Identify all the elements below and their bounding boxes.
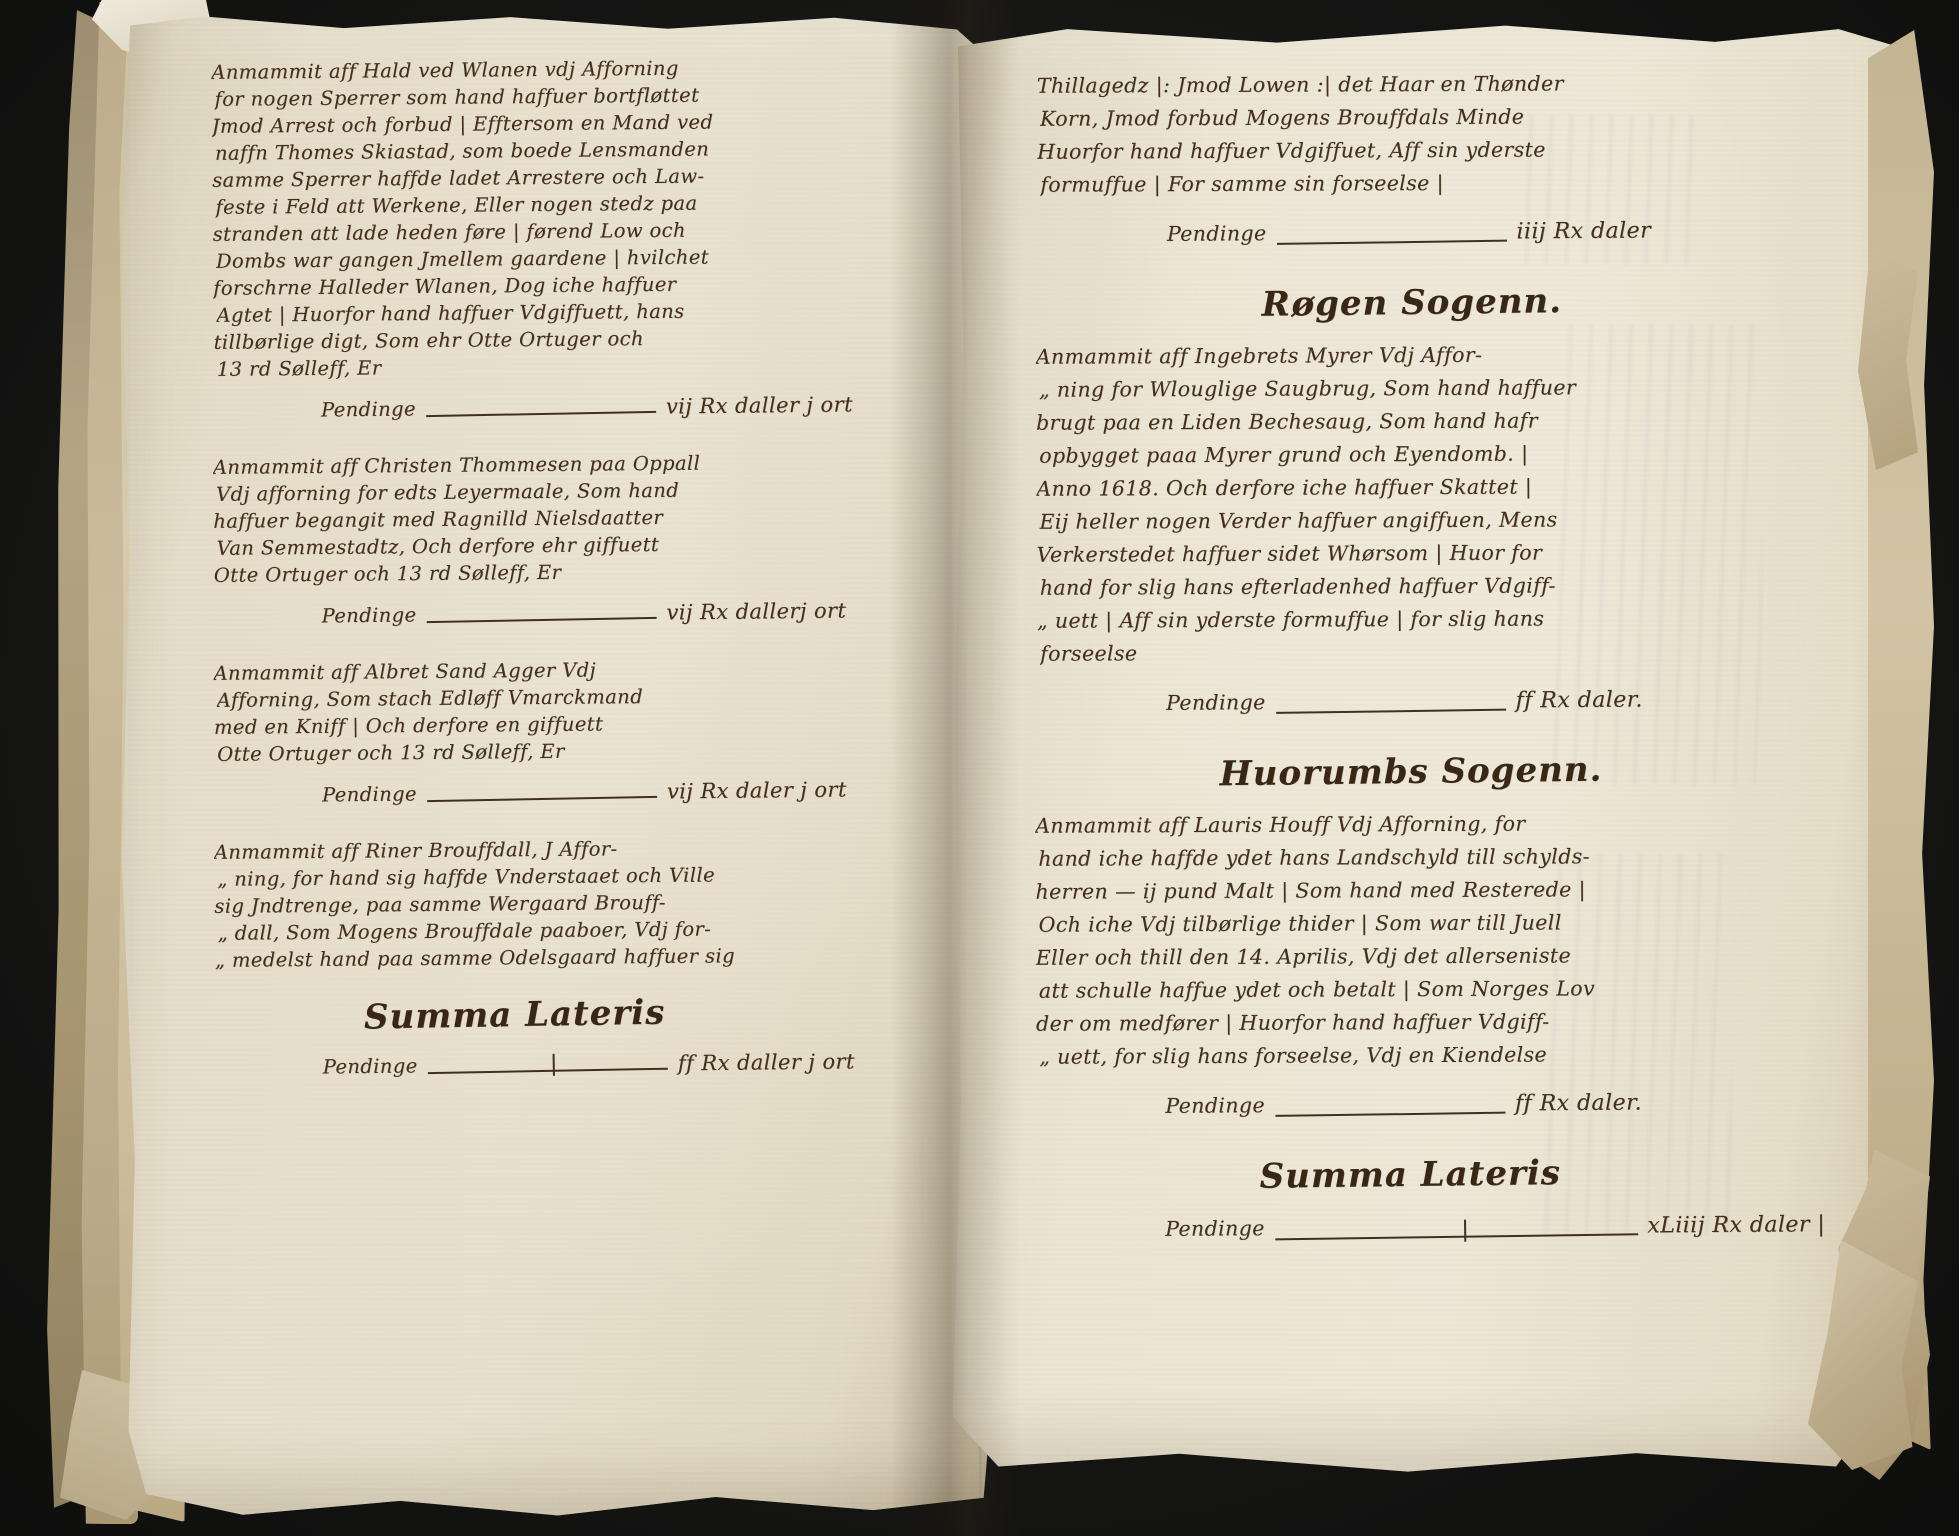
manuscript-line: Verkerstedet haffuer sidet Whørsom | Huo… [1037, 535, 1827, 571]
manuscript-line: formuffue | For samme sin forseelse | [1040, 165, 1827, 201]
manuscript-line: „ uett | Aff sin yderste formuffue | for… [1037, 601, 1827, 637]
manuscript-photograph: Anmammit aff Hald ved Wlanen vdj Afforni… [0, 0, 1959, 1536]
manuscript-line: Eij heller nogen Verder haffuer angiffue… [1039, 502, 1826, 538]
manuscript-line: Och iche Vdj tilbørlige thider | Som war… [1039, 905, 1826, 941]
amount-line: Pendingevij Rx daler j ort [214, 775, 854, 809]
dash-rule [1275, 1229, 1638, 1240]
amount-line: Pendingeiiij Rx daler [1037, 213, 1827, 252]
manuscript-line: hand iche haffde ydet hans Landschyld ti… [1038, 839, 1825, 875]
dash-rule [1275, 1108, 1505, 1117]
manuscript-line: Otte Ortuger och 13 rd Sølleff, Er [214, 556, 854, 589]
manuscript-paragraph: Anmammit aff Lauris Houff Vdj Afforning,… [1035, 806, 1826, 1073]
amount-line: Pendingevij Rx daller j ort [213, 390, 853, 424]
amount-label: Pendinge [1166, 686, 1266, 720]
amount-value: iiij Rx daler [1516, 214, 1651, 248]
section-heading: Summa Lateris [1035, 1150, 1785, 1199]
manuscript-line: Korn, Jmod forbud Mogens Brouffdals Mind… [1040, 99, 1827, 135]
manuscript-page-right: Thillagedz |: Jmod Lowen :| det Haar en … [951, 23, 1906, 1477]
dash-rule [1276, 236, 1506, 245]
dash-rule [426, 613, 656, 623]
manuscript-line: att schulle haffue ydet och betalt | Som… [1039, 971, 1826, 1007]
amount-value: xLiiij Rx daler | [1647, 1208, 1825, 1242]
amount-value: ff Rx daler. [1515, 1087, 1642, 1121]
amount-label: Pendinge [1165, 1212, 1265, 1246]
amount-line: Pendingevij Rx dallerj ort [213, 596, 853, 630]
amount-label: Pendinge [322, 780, 417, 808]
manuscript-line: „ uett, for slig hans forseelse, Vdj en … [1039, 1037, 1826, 1073]
dash-rule [427, 792, 657, 802]
amount-value: ff Rx daller j ort [678, 1047, 855, 1076]
section-heading: Huorumbs Sogenn. [1036, 747, 1786, 796]
amount-label: Pendinge [1167, 217, 1267, 251]
manuscript-line: der om medfører | Huorfor hand haffuer V… [1036, 1004, 1826, 1040]
manuscript-line: Anmammit aff Lauris Houff Vdj Afforning,… [1035, 806, 1825, 842]
manuscript-line: Anno 1618. Och derfore iche haffuer Skat… [1036, 469, 1826, 505]
amount-line: Pendingeff Rx daler. [1035, 1085, 1825, 1124]
amount-label: Pendinge [323, 1052, 418, 1080]
rule-tick [1463, 1220, 1465, 1242]
manuscript-line: forseelse [1040, 634, 1827, 670]
amount-label: Pendinge [321, 395, 416, 423]
manuscript-paragraph: Anmammit aff Christen Thommesen paa Oppa… [213, 448, 854, 589]
amount-value: ff Rx daler. [1516, 684, 1643, 718]
amount-value: vij Rx daler j ort [667, 776, 847, 805]
manuscript-paragraph: Anmammit aff Albret Sand Agger VdjAfforn… [213, 654, 854, 768]
manuscript-paragraph: Thillagedz |: Jmod Lowen :| det Haar en … [1037, 66, 1828, 201]
dash-rule [426, 407, 656, 417]
rule-tick [552, 1054, 554, 1076]
dash-rule [1276, 705, 1506, 714]
manuscript-line: Huorfor hand haffuer Vdgiffuet, Aff sin … [1037, 132, 1827, 168]
manuscript-line: brugt paa en Liden Bechesaug, Som hand h… [1036, 403, 1826, 439]
right-page-text: Thillagedz |: Jmod Lowen :| det Haar en … [1035, 67, 1827, 1278]
manuscript-line: Eller och thill den 14. Aprilis, Vdj det… [1036, 938, 1826, 974]
manuscript-line: „ ning for Wlouglige Saugbrug, Som hand … [1039, 370, 1826, 406]
amount-value: vij Rx daller j ort [666, 390, 853, 419]
amount-label: Pendinge [321, 601, 416, 629]
amount-label: Pendinge [1165, 1089, 1265, 1123]
amount-line: PendingexLiiij Rx daler | [1035, 1208, 1825, 1247]
dash-rule [428, 1064, 668, 1074]
amount-value: vij Rx dallerj ort [666, 597, 846, 626]
manuscript-line: opbygget paaa Myrer grund och Eyendomb. … [1039, 436, 1826, 472]
manuscript-line: Anmammit aff Ingebrets Myrer Vdj Affor- [1036, 337, 1826, 373]
manuscript-line: Thillagedz |: Jmod Lowen :| det Haar en … [1037, 66, 1827, 102]
manuscript-line: herren — ij pund Malt | Som hand med Res… [1035, 872, 1825, 908]
manuscript-paragraph: Anmammit aff Ingebrets Myrer Vdj Affor-„… [1036, 337, 1827, 670]
manuscript-line: „ medelst hand paa samme Odelsgaard haff… [215, 941, 855, 974]
section-heading: Røgen Sogenn. [1037, 278, 1787, 327]
amount-line: Pendingeff Rx daler. [1036, 682, 1826, 721]
manuscript-line: 13 rd Sølleff, Er [217, 350, 854, 383]
left-page-text: Anmammit aff Hald ved Wlanen vdj Afforni… [212, 55, 855, 1109]
manuscript-paragraph: Anmammit aff Hald ved Wlanen vdj Afforni… [211, 53, 854, 383]
amount-line: Pendingeff Rx daller j ort [215, 1047, 855, 1081]
manuscript-paragraph: Anmammit aff Riner Brouffdall, J Affor-„… [214, 833, 855, 974]
section-heading: Summa Lateris [214, 990, 815, 1040]
manuscript-page-left: Anmammit aff Hald ved Wlanen vdj Afforni… [116, 13, 996, 1521]
manuscript-line: Otte Ortuger och 13 rd Sølleff, Er [217, 735, 854, 768]
manuscript-line: hand for slig hans efterladenhed haffuer… [1040, 568, 1827, 604]
